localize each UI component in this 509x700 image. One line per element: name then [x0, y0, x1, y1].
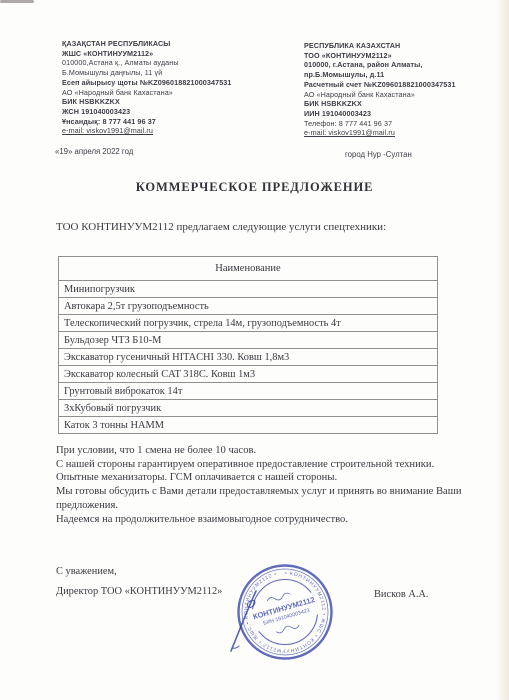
table-row: Бульдозер ЧТЗ Б10-М: [59, 332, 437, 349]
requisite-line: ТОО «КОНТИНУУМ2112»: [304, 51, 499, 61]
requisite-line: РЕСПУБЛИКА КАЗАХСТАН: [304, 41, 499, 51]
requisite-line: БИК HSBKKZKX: [304, 99, 499, 109]
signatory-title: Директор ТОО «КОНТИНУУМ2112»: [56, 586, 222, 597]
requisite-line: АО «Народный банк Кахастана»: [62, 88, 282, 98]
table-row: 3хКубовый погрузчик: [59, 400, 437, 417]
term-line: Мы готовы обсудить с Вами детали предост…: [56, 485, 468, 512]
requisite-line: Расчетный счет №KZ096018821000347531: [304, 80, 499, 90]
table-row: Телескопический погрузчик, стрела 14м, г…: [59, 315, 437, 332]
requisite-line: БИК HSBKKZKX: [62, 97, 282, 107]
table-row: Грунтовый виброкаток 14т: [59, 383, 437, 400]
requisite-line: ҚАЗАҚСТАН РЕСПУБЛИКАСЫ: [62, 39, 282, 49]
requisite-line: ЖШС «КОНТИНУУМ2112»: [62, 49, 282, 59]
requisite-line: пр.Б.Момышулы, д.11: [304, 70, 499, 80]
requisite-line: 010000,Астана қ., Алматы ауданы: [62, 58, 282, 68]
closing-regards: С уважением,: [56, 566, 117, 577]
requisite-line: Ұнсандық: 8 777 441 96 37: [62, 117, 282, 127]
requisite-line: Телефон: 8 777 441 96 37: [304, 119, 499, 129]
term-line: При условии, что 1 смена не более 10 час…: [56, 444, 468, 458]
intro-line: ТОО КОНТИНУУМ2112 предлагаем следующие у…: [56, 221, 386, 233]
term-line: Надеемся на продолжительное взаимовыгодн…: [56, 513, 468, 527]
stamp-graphic: • КОНТИНУУМ2112 • ЖШС • КОНТИНУУМ2112 • …: [239, 566, 332, 659]
table-body: МинипогрузчикАвтокара 2,5т грузоподъемно…: [59, 281, 437, 433]
table-row: Каток 3 тонны HAMM: [59, 417, 437, 433]
term-line: Опытные механизаторы. ГСМ оплачивается с…: [56, 471, 468, 485]
requisite-line: Б.Момышулы даңғылы, 11 үй: [62, 68, 282, 78]
document-city: город Нур -Султан: [345, 150, 412, 159]
company-requisites-russian: РЕСПУБЛИКА КАЗАХСТАНТОО «КОНТИНУУМ2112»0…: [304, 41, 499, 138]
term-line: С нашей стороны гарантируем оперативное …: [56, 458, 468, 472]
signatory-name: Висков А.А.: [374, 589, 429, 600]
document-date: «19» апреля 2022 год: [55, 147, 133, 156]
terms-paragraph: При условии, что 1 смена не более 10 час…: [56, 444, 468, 526]
email-link[interactable]: e-mail: viskov1991@mail.ru: [62, 126, 282, 136]
requisite-line: ИИН 191040003423: [304, 109, 499, 119]
requisite-line: АО «Народный банк Кахастана»: [304, 90, 499, 100]
requisite-line: 010000, г.Астана, район Алматы,: [304, 60, 499, 70]
equipment-table: Наименование МинипогрузчикАвтокара 2,5т …: [58, 256, 438, 434]
email-link[interactable]: e-mail: viskov1991@mail.ru: [304, 128, 499, 138]
requisite-line: ЖСН 191040003423: [62, 107, 282, 117]
table-header-cell: Наименование: [59, 257, 437, 281]
table-row: Экскаватор гусеничный HITACHI 330. Ковш …: [59, 349, 437, 366]
table-row: Минипогрузчик: [59, 281, 437, 298]
table-row: Автокара 2,5т грузоподъемность: [59, 298, 437, 315]
company-stamp: • КОНТИНУУМ2112 • ЖШС • КОНТИНУУМ2112 • …: [228, 556, 344, 672]
requisite-line: Есеп айырысу щоты №KZ096018821000347531: [62, 78, 282, 88]
scan-smudge: [0, 0, 34, 3]
document-title: КОММЕРЧЕСКОЕ ПРЕДЛОЖЕНИЕ: [0, 180, 509, 195]
table-row: Экскаватор колесный CAT 318C. Ковш 1м3: [59, 366, 437, 383]
company-requisites-kazakh: ҚАЗАҚСТАН РЕСПУБЛИКАСЫЖШС «КОНТИНУУМ2112…: [62, 39, 282, 136]
